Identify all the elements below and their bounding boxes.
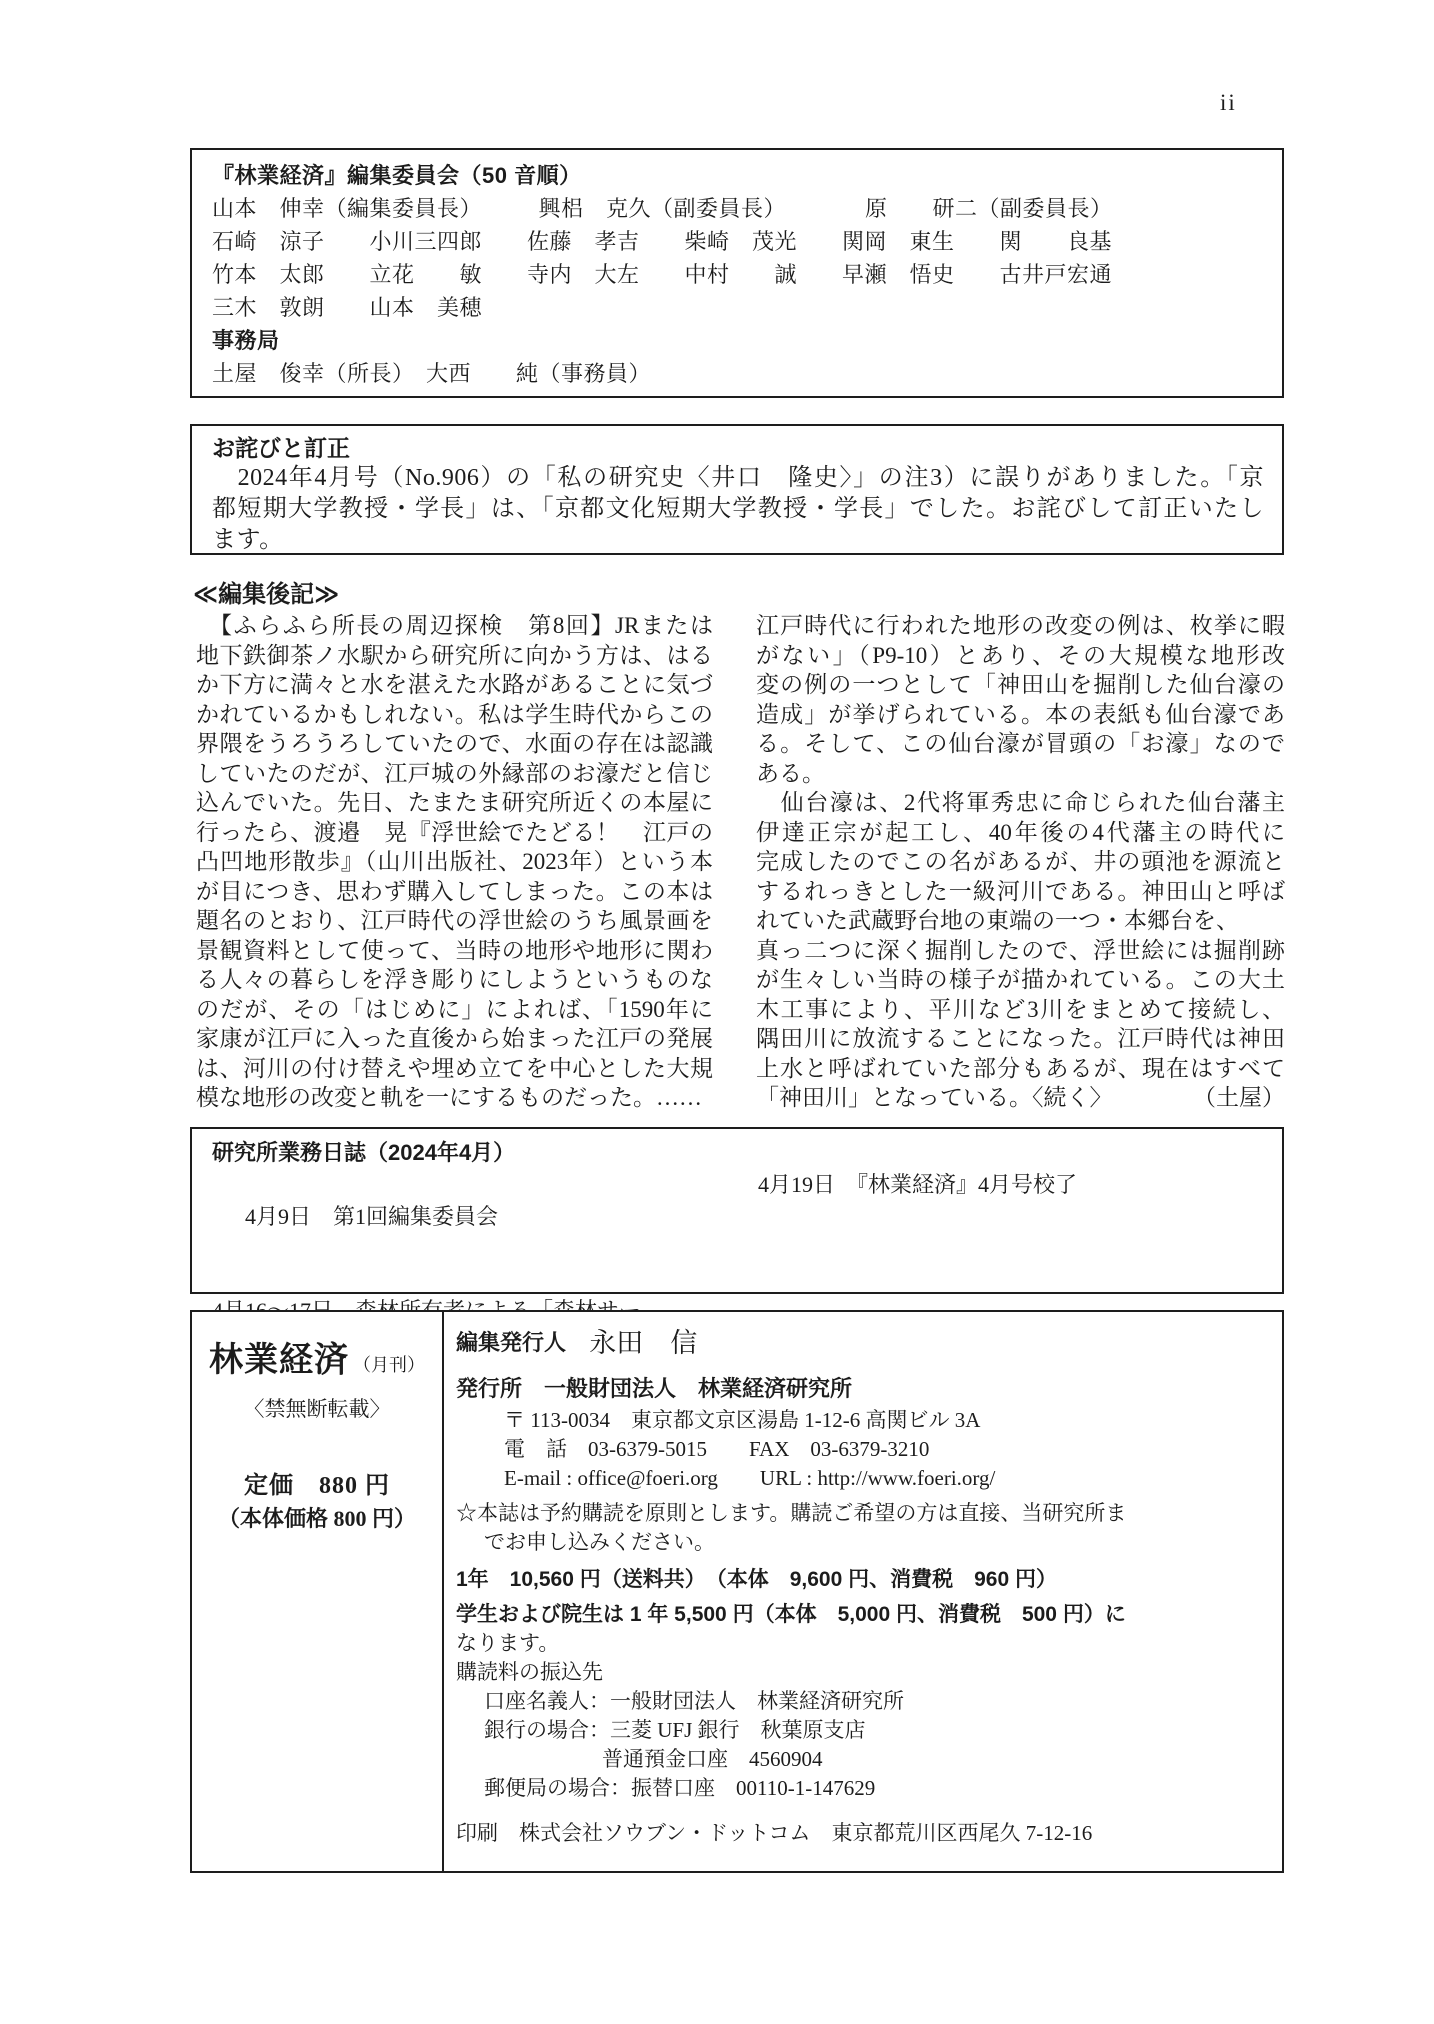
publisher-line: 発行所 一般財団法人 林業経済研究所 xyxy=(456,1374,1282,1403)
colophon-box: 林業経済 （月刊） 〈禁無断転載〉 定価 880 円 （本体価格 800 円） … xyxy=(190,1310,1284,1873)
colophon-right-cell: 編集発行人 永田 信 発行所 一般財団法人 林業経済研究所 〒 113-0034… xyxy=(444,1312,1282,1871)
postscript-line: 行ったら、渡邉 晃『浮世絵でたどる！ 江戸の xyxy=(196,818,713,848)
committee-row: 山本 伸幸（編集委員長） 興梠 克久（副委員長） 原 研二（副委員長） xyxy=(212,192,1270,225)
postscript-line: 模な地形の改変と軌を一にするものだった。…… xyxy=(196,1083,713,1113)
postscript-line: 家康が江戸に入った直後から始まった江戸の発展 xyxy=(196,1024,713,1054)
transfer-heading: 購読料の振込先 xyxy=(456,1658,1282,1687)
postscript-line: れていた武蔵野台地の東端の一つ・本郷台を、 xyxy=(756,906,1285,936)
postscript-line: 隅田川に放流することになった。江戸時代は神田 xyxy=(756,1024,1285,1054)
subscription-note-continuation: でお申し込みください。 xyxy=(456,1528,1282,1557)
diary-entry-april9: 4月9日 第1回編集委員会 xyxy=(245,1204,498,1229)
postscript-line: 題名のとおり、江戸時代の浮世絵のうち風景画を xyxy=(196,906,713,936)
correction-line: 都短期大学教授・学長」は、「京都文化短期大学教授・学長」でした。お詫びして訂正い… xyxy=(212,494,1264,525)
postscript-line: 上水と呼ばれていた部分もあるが、現在はすべて xyxy=(756,1054,1285,1084)
correction-title: お詫びと訂正 xyxy=(212,433,1264,463)
business-diary-box: 研究所業務日誌（2024年4月） 4月9日 第1回編集委員会 4月19日 『林業… xyxy=(190,1127,1284,1294)
student-price-line: 学生および院生は 1 年 5,500 円（本体 5,000 円、消費税 500 … xyxy=(456,1600,1282,1629)
postscript-line: していたのだが、江戸城の外縁部のお濠だと信じ xyxy=(196,759,713,789)
no-reprint-notice: 〈禁無断転載〉 xyxy=(192,1393,442,1423)
page-number: ii xyxy=(1220,90,1237,116)
postscript-line: 造成」が挙げられている。本の表紙も仙台濠であ xyxy=(756,700,1285,730)
committee-row: 竹本 太郎 立花 敏 寺内 大左 中村 誠 早瀬 悟史 古井戸宏通 xyxy=(212,258,1270,291)
postscript-line: 変の例の一つとして「神田山を掘削した仙台濠の xyxy=(756,670,1285,700)
postscript-line: 凸凹地形散歩』（山川出版社、2023年）という本 xyxy=(196,847,713,877)
postscript-tail-text: 「神田川」となっている。〈続く〉 xyxy=(756,1083,1113,1113)
committee-row: 石崎 涼子 小川三四郎 佐藤 孝吉 柴崎 茂光 関岡 東生 関 良基 xyxy=(212,225,1270,258)
editor-label: 編集発行人 xyxy=(456,1330,566,1355)
annual-price-line: 1年 10,560 円（送料共） （本体 9,600 円、消費税 960 円） xyxy=(456,1565,1282,1594)
postscript-line: 江戸時代に行われた地形の改変の例は、枚挙に暇 xyxy=(756,611,1285,641)
editor-name: 永田 信 xyxy=(589,1328,697,1358)
postscript-line: 地下鉄御茶ノ水駅から研究所に向かう方は、はる xyxy=(196,641,713,671)
journal-title: 林業経済 xyxy=(209,1341,349,1379)
bank-line: 銀行の場合：三菱 UFJ 銀行 秋葉原支店 xyxy=(456,1716,1282,1745)
printer-line: 印刷 株式会社ソウブン・ドットコム 東京都荒川区西尾久 7-12-16 xyxy=(456,1819,1282,1848)
postscript-line: 真っ二つに深く掘削したので、浮世絵には掘削跡 xyxy=(756,936,1285,966)
account-holder-line: 口座名義人：一般財団法人 林業経済研究所 xyxy=(456,1687,1282,1716)
postscript-line: 伊達正宗が起工し、40年後の4代藩主の時代に xyxy=(756,818,1285,848)
postscript-line: 景観資料として使って、当時の地形や地形に関わ xyxy=(196,936,713,966)
postscript-heading: ≪編集後記≫ xyxy=(193,574,339,609)
postscript-line: がない」（P9-10）とあり、その大規模な地形改 xyxy=(756,641,1285,671)
postscript-author-credit: （土屋） xyxy=(1193,1083,1285,1113)
postscript-line: 界隈をうろうろしていたので、水面の存在は認識 xyxy=(196,729,713,759)
postscript-right-column: 江戸時代に行われた地形の改変の例は、枚挙に暇 がない」（P9-10）とあり、その… xyxy=(756,611,1285,1113)
postscript-line: は、河川の付け替えや埋め立てを中心とした大規 xyxy=(196,1054,713,1084)
postscript-line: 込んでいた。先日、たまたま研究所近くの本屋に xyxy=(196,788,713,818)
postscript-line: 木工事により、平川など3川をまとめて接続し、 xyxy=(756,995,1285,1025)
journal-title-row: 林業経済 （月刊） xyxy=(192,1332,442,1381)
postscript-line: が生々しい当時の様子が描かれている。この大土 xyxy=(756,965,1285,995)
postscript-line: る。そして、この仙台濠が冒頭の「お濠」なので xyxy=(756,729,1285,759)
postscript-line: か下方に満々と水を湛えた水路があることに気づ xyxy=(196,670,713,700)
postscript-left-column: 【ふらふら所長の周辺探検 第8回】JRまたは 地下鉄御茶ノ水駅から研究所に向かう… xyxy=(196,611,713,1113)
secretariat-label: 事務局 xyxy=(212,324,1270,357)
postscript-line: 完成したのでこの名があるが、井の頭池を源流と xyxy=(756,847,1285,877)
postscript-line: 仙台濠は、2代将軍秀忠に命じられた仙台藩主 xyxy=(756,788,1285,818)
postscript-line: る人々の暮らしを浮き彫りにしようというものな xyxy=(196,965,713,995)
editor-row: 編集発行人 永田 信 xyxy=(456,1328,1282,1360)
publisher-address: 〒 113-0034 東京都文京区湯島 1-12-6 高関ビル 3A xyxy=(456,1406,1282,1435)
correction-line: 2024年4月号（No.906）の「私の研究史〈井口 隆史〉」の注3）に誤りがあ… xyxy=(212,463,1264,494)
correction-box: お詫びと訂正 2024年4月号（No.906）の「私の研究史〈井口 隆史〉」の注… xyxy=(190,424,1284,555)
publisher-phone-fax: 電 話 03-6379-5015 FAX 03-6379-3210 xyxy=(456,1435,1282,1464)
postscript-line: のだが、その「はじめに」によれば、「1590年に xyxy=(196,995,713,1025)
diary-title: 研究所業務日誌（2024年4月） xyxy=(212,1137,1270,1169)
postscript-line: ある。 xyxy=(756,759,1285,789)
postscript-line: するれっきとした一級河川である。神田山と呼ば xyxy=(756,877,1285,907)
colophon-left-cell: 林業経済 （月刊） 〈禁無断転載〉 定価 880 円 （本体価格 800 円） xyxy=(192,1312,442,1871)
diary-entry-april19: 4月19日 『林業経済』4月号校了 xyxy=(758,1169,1077,1201)
correction-line: ます。 xyxy=(212,525,1264,556)
student-price-continuation: なります。 xyxy=(456,1629,1282,1658)
subscription-note: ☆本誌は予約購読を原則とします。購読ご希望の方は直接、当研究所ま xyxy=(456,1499,1282,1528)
postscript-line: かれているかもしれない。私は学生時代からこの xyxy=(196,700,713,730)
committee-title: 『林業経済』編集委員会（50 音順） xyxy=(212,159,1270,192)
base-price-line: （本体価格 800 円） xyxy=(192,1502,442,1533)
post-office-line: 郵便局の場合：振替口座 00110-1-147629 xyxy=(456,1774,1282,1803)
bank-account-line: 普通預金口座 4560904 xyxy=(456,1745,1282,1774)
journal-frequency: （月刊） xyxy=(353,1355,425,1375)
secretariat-row: 土屋 俊幸（所長） 大西 純（事務員） xyxy=(212,357,1270,390)
price-line: 定価 880 円 xyxy=(192,1465,442,1500)
publisher-email-url: E-mail : office@foeri.org URL : http://w… xyxy=(456,1464,1282,1493)
postscript-line: が目につき、思わず購入してしまった。この本は xyxy=(196,877,713,907)
journal-colophon-page: ii 『林業経済』編集委員会（50 音順） 山本 伸幸（編集委員長） 興梠 克久… xyxy=(0,0,1434,2024)
postscript-tail-line: 「神田川」となっている。〈続く〉 （土屋） xyxy=(756,1083,1285,1113)
diary-row: 4月9日 第1回編集委員会 4月19日 『林業経済』4月号校了 xyxy=(212,1169,1270,1295)
committee-row: 三木 敦朗 山本 美穂 xyxy=(212,291,1270,324)
postscript-line: 【ふらふら所長の周辺探検 第8回】JRまたは xyxy=(196,611,713,641)
editorial-committee-box: 『林業経済』編集委員会（50 音順） 山本 伸幸（編集委員長） 興梠 克久（副委… xyxy=(190,148,1284,398)
